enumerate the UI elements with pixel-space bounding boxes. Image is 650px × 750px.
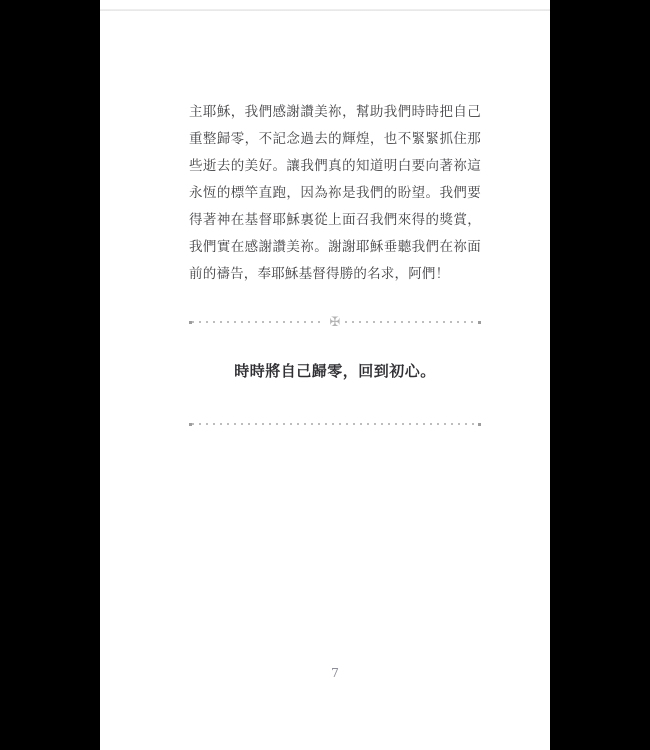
page-number: 7 — [189, 666, 481, 680]
divider-end-dot — [478, 321, 481, 324]
prayer-paragraph: 主耶穌，我們感謝讚美祢，幫助我們時時把自己重整歸零，不記念過去的輝煌，也不緊緊抓… — [189, 99, 481, 288]
dashed-rule — [192, 321, 325, 323]
page-edge-divider — [100, 9, 550, 11]
maltese-cross-icon: ✠ — [325, 316, 346, 329]
dashed-rule — [345, 321, 478, 323]
book-page: 主耶穌，我們感謝讚美祢，幫助我們時時把自己重整歸零，不記念過去的輝煌，也不緊緊抓… — [100, 0, 550, 750]
section-divider-bottom — [189, 417, 481, 431]
dashed-rule — [192, 423, 478, 425]
divider-end-dot — [478, 423, 481, 426]
quote-text: 時時將自己歸零，回到初心。 — [189, 362, 481, 380]
section-divider-top: ✠ — [189, 315, 481, 329]
